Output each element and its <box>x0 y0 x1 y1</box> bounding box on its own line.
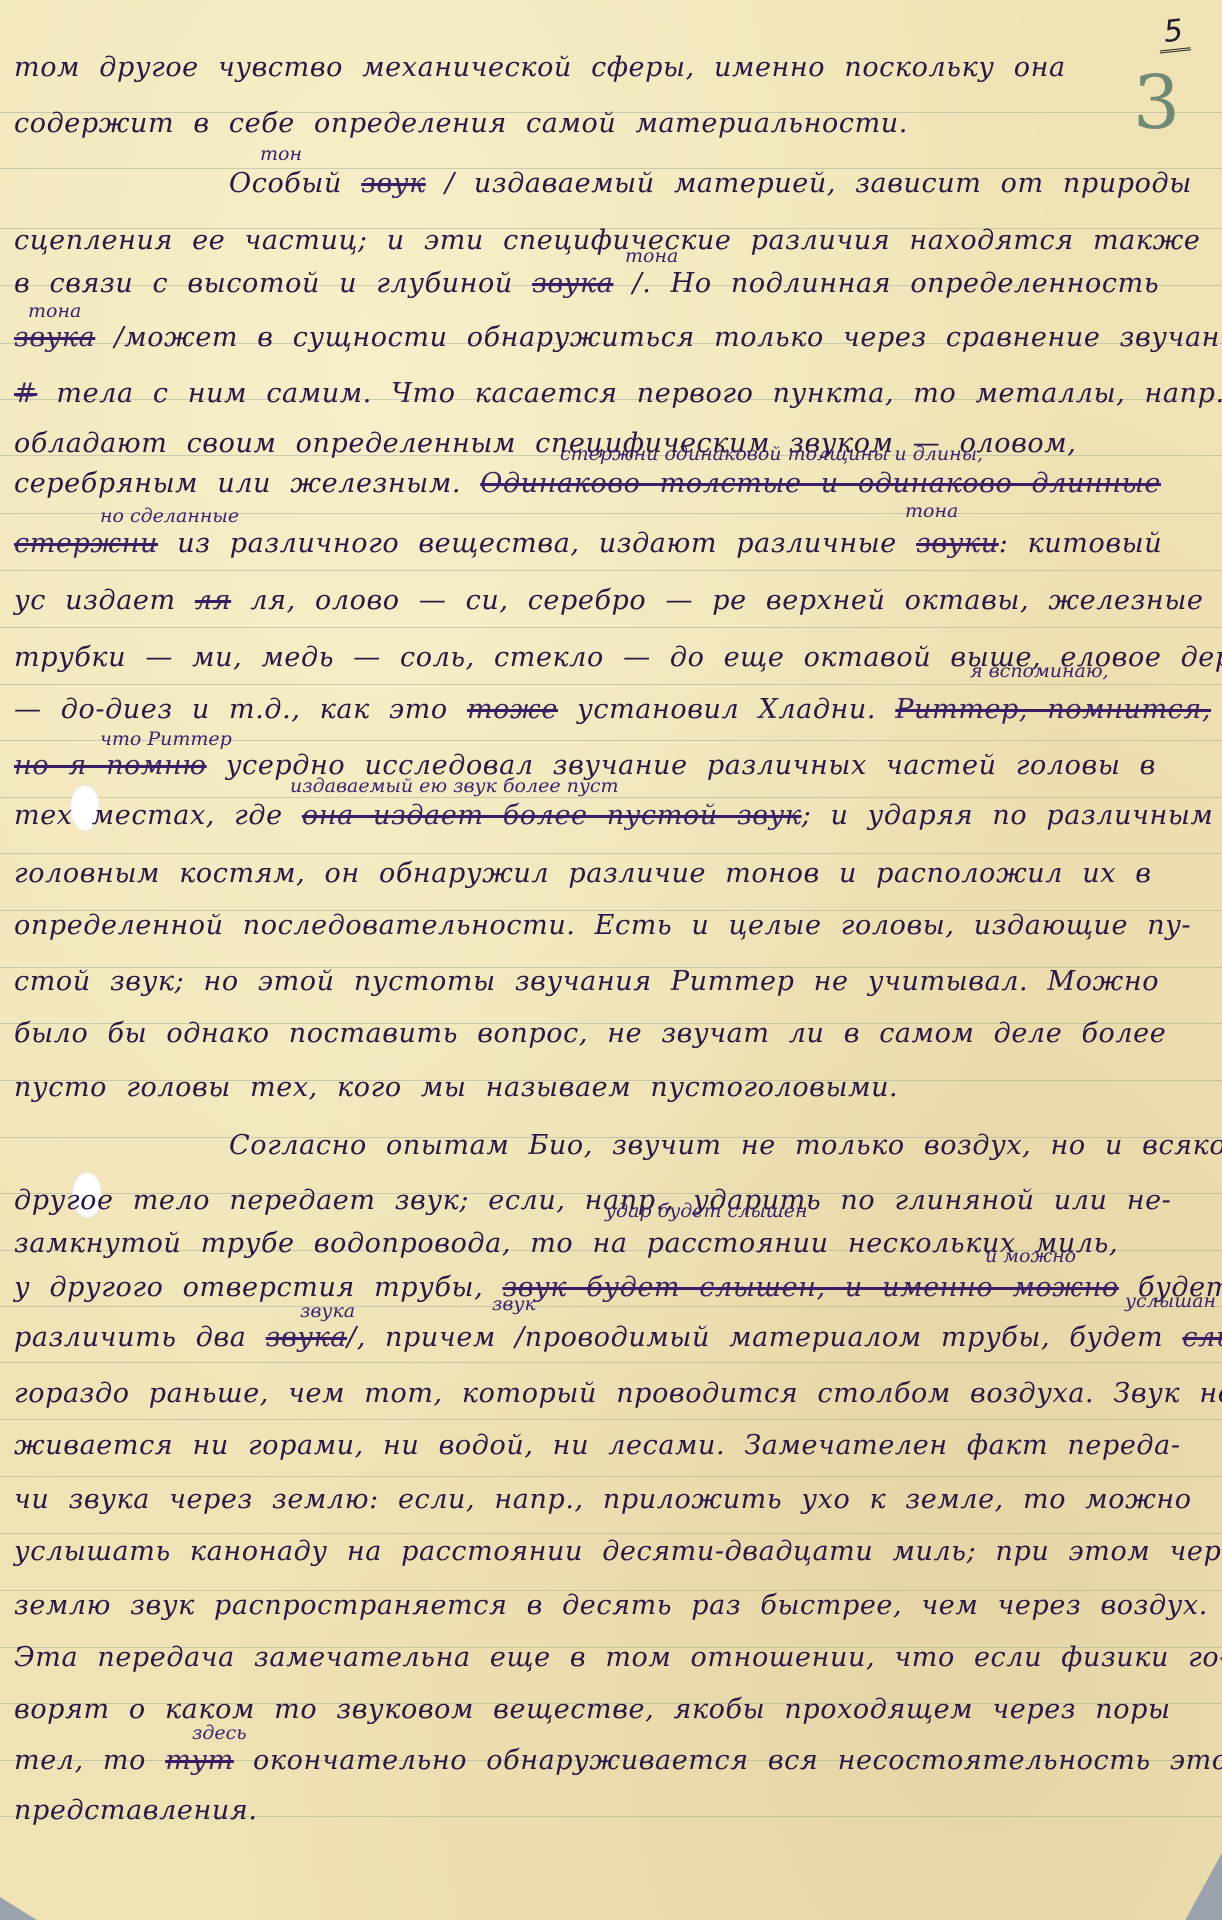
ruled-line <box>0 797 1222 798</box>
text-line: землю звук распространяется в десять раз… <box>14 1590 1204 1621</box>
struck-word: # <box>14 378 37 409</box>
interlinear-insertion: и можно <box>985 1245 1076 1267</box>
page-number: 5 <box>1156 12 1191 53</box>
text-line: серебряным или железным. Одинаково толст… <box>14 468 1204 499</box>
text-line: было бы однако поставить вопрос, не звуч… <box>14 1018 1204 1049</box>
ruled-line <box>0 627 1222 628</box>
interlinear-insertion: услышан <box>1125 1290 1216 1312</box>
line-text: установил Хладни. <box>577 694 876 725</box>
struck-phrase: Одинаково толстые и одинаково длинные <box>480 468 1161 499</box>
line-text: окончательно обнаруживается вся несостоя… <box>253 1745 1222 1776</box>
text-line: в связи с высотой и глубиной звука /. Но… <box>14 268 1204 299</box>
line-text: : китовый <box>999 528 1163 559</box>
line-text: / издаваемый материей, зависит от природ… <box>445 168 1192 199</box>
text-line: тел, то тут окончательно обнаруживается … <box>14 1745 1204 1776</box>
line-text: землю звук распространяется в десять раз… <box>14 1590 1208 1621</box>
text-line: Особый звук / издаваемый материей, завис… <box>14 168 1204 199</box>
text-line: стой звук; но этой пустоты звучания Ритт… <box>14 966 1204 997</box>
line-text: Согласно опытам Био, звучит не только во… <box>229 1130 1222 1161</box>
ruled-line <box>0 684 1222 685</box>
struck-word: звука <box>266 1322 347 1353</box>
line-text: Особый <box>229 168 342 199</box>
interlinear-insertion: я вспоминаю, <box>970 660 1109 682</box>
line-text: в связи с высотой и глубиной <box>14 268 513 299</box>
ruled-line <box>0 1306 1222 1307</box>
text-line: ворят о каком то звуковом веществе, якоб… <box>14 1694 1204 1725</box>
line-text: /, причем /проводимый материалом трубы, … <box>347 1322 1163 1353</box>
struck-word: звука <box>14 322 95 353</box>
struck-word: тоже <box>467 694 558 725</box>
line-text: было бы однако поставить вопрос, не звуч… <box>14 1018 1166 1049</box>
line-text: различить два <box>14 1322 246 1353</box>
line-text: тех местах, где <box>14 800 283 831</box>
line-text: пусто головы тех, кого мы называем пусто… <box>14 1072 898 1103</box>
struck-phrase: но я помню <box>14 750 207 781</box>
text-line: головным костям, он обнаружил различие т… <box>14 858 1204 889</box>
text-line: ус издает ля ля, олово — си, серебро — р… <box>14 585 1204 616</box>
line-text: из различного вещества, издают различные <box>177 528 897 559</box>
text-line: гораздо раньше, чем тот, который проводи… <box>14 1378 1204 1409</box>
text-line: определенной последовательности. Есть и … <box>14 910 1204 941</box>
text-line: пусто головы тех, кого мы называем пусто… <box>14 1072 1204 1103</box>
struck-phrase: она издает более пустой звук <box>302 800 802 831</box>
interlinear-insertion: удар будет слышен <box>605 1200 808 1222</box>
interlinear-insertion: издаваемый ею звук более пуст <box>290 775 619 797</box>
ruled-line <box>0 570 1222 571</box>
line-text: сцепления ее частиц; и эти специфические… <box>14 225 1200 256</box>
struck-word: звуки <box>916 528 999 559</box>
interlinear-insertion: тон <box>260 143 302 165</box>
text-line: том другое чувство механической сферы, и… <box>14 52 1204 83</box>
ruled-line <box>0 1533 1222 1534</box>
struck-word: звука <box>532 268 613 299</box>
line-text: ля, олово — си, серебро — ре верхней окт… <box>250 585 1203 616</box>
text-line: представления. <box>14 1795 1204 1826</box>
line-text: определенной последовательности. Есть и … <box>14 910 1191 941</box>
text-line: тех местах, где она издает более пустой … <box>14 800 1204 831</box>
text-line: чи звука через землю: если, напр., прило… <box>14 1484 1204 1515</box>
line-text: /. Но подлинная определенность <box>633 268 1160 299</box>
line-text: /может в сущности обнаружиться только че… <box>115 322 1222 353</box>
line-text: головным костям, он обнаружил различие т… <box>14 858 1152 889</box>
text-line: стержни из различного вещества, издают р… <box>14 528 1204 559</box>
interlinear-insertion: но сделанные <box>100 505 239 527</box>
text-line: сцепления ее частиц; и эти специфические… <box>14 225 1204 256</box>
ruled-line <box>0 1362 1222 1363</box>
line-text: серебряным или железным. <box>14 468 461 499</box>
interlinear-insertion: звука <box>300 1300 355 1322</box>
text-line: # тела с ним самим. Что касается первого… <box>14 378 1204 409</box>
line-text: ворят о каком то звуковом веществе, якоб… <box>14 1694 1171 1725</box>
line-text: ус издает <box>14 585 176 616</box>
struck-phrase: Риттер, помнится, <box>895 694 1211 725</box>
line-text: представления. <box>14 1795 258 1826</box>
line-text: ; и ударяя по различным <box>802 800 1214 831</box>
line-text: живается ни горами, ни водой, ни лесами.… <box>14 1430 1181 1461</box>
text-line: у другого отверстия трубы, звук будет сл… <box>14 1272 1204 1303</box>
line-text: Эта передача замечательна еще в том отно… <box>14 1642 1222 1673</box>
manuscript-page: 5 3 том другое чувство механической сфер… <box>0 0 1222 1920</box>
line-text: содержит в себе определения самой матери… <box>14 108 908 139</box>
text-line: — до-диез и т.д., как это тоже установил… <box>14 694 1204 725</box>
line-text: другое тело передает звук; если, напр., … <box>14 1185 1171 1216</box>
text-line: Согласно опытам Био, звучит не только во… <box>14 1130 1204 1161</box>
ruled-line <box>0 1476 1222 1477</box>
text-line: живается ни горами, ни водой, ни лесами.… <box>14 1430 1204 1461</box>
interlinear-insertion: тона <box>905 500 958 522</box>
interlinear-insertion: тона <box>28 300 81 322</box>
line-text: — до-диез и т.д., как это <box>14 694 448 725</box>
line-text: стой звук; но этой пустоты звучания Ритт… <box>14 966 1159 997</box>
struck-word: стержни <box>14 528 158 559</box>
interlinear-insertion: что Риттер <box>100 728 232 750</box>
line-text: том другое чувство механической сферы, и… <box>14 52 1066 83</box>
ruled-line <box>0 853 1222 854</box>
line-text: гораздо раньше, чем тот, который проводи… <box>14 1378 1222 1409</box>
line-text: тела с ним самим. Что касается первого п… <box>56 378 1222 409</box>
ruled-line <box>0 1419 1222 1420</box>
line-text: тел, то <box>14 1745 146 1776</box>
interlinear-insertion: звук <box>492 1293 536 1315</box>
text-line: звука /может в сущности обнаружиться тол… <box>14 322 1204 353</box>
line-text: у другого отверстия трубы, <box>14 1272 483 1303</box>
line-text: услышать канонаду на расстоянии десяти-д… <box>14 1536 1222 1567</box>
struck-word: звук <box>361 168 426 199</box>
struck-word: ля <box>195 585 231 616</box>
interlinear-insertion: стержни одинаковой толщины и длины, <box>560 443 983 465</box>
text-line: различить два звука/, причем /проводимый… <box>14 1322 1204 1353</box>
line-text: замкнутой трубе водопровода, то <box>14 1228 573 1259</box>
struck-phrase: звук будет слышен, и именно можно <box>502 1272 1118 1303</box>
interlinear-insertion: здесь <box>192 1722 247 1744</box>
text-line: Эта передача замечательна еще в том отно… <box>14 1642 1204 1673</box>
struck-word: слышен <box>1182 1322 1222 1353</box>
line-text: чи звука через землю: если, напр., прило… <box>14 1484 1192 1515</box>
struck-word: тут <box>165 1745 234 1776</box>
text-line: услышать канонаду на расстоянии десяти-д… <box>14 1536 1204 1567</box>
text-line: содержит в себе определения самой матери… <box>14 108 1204 139</box>
interlinear-insertion: тона <box>625 245 678 267</box>
